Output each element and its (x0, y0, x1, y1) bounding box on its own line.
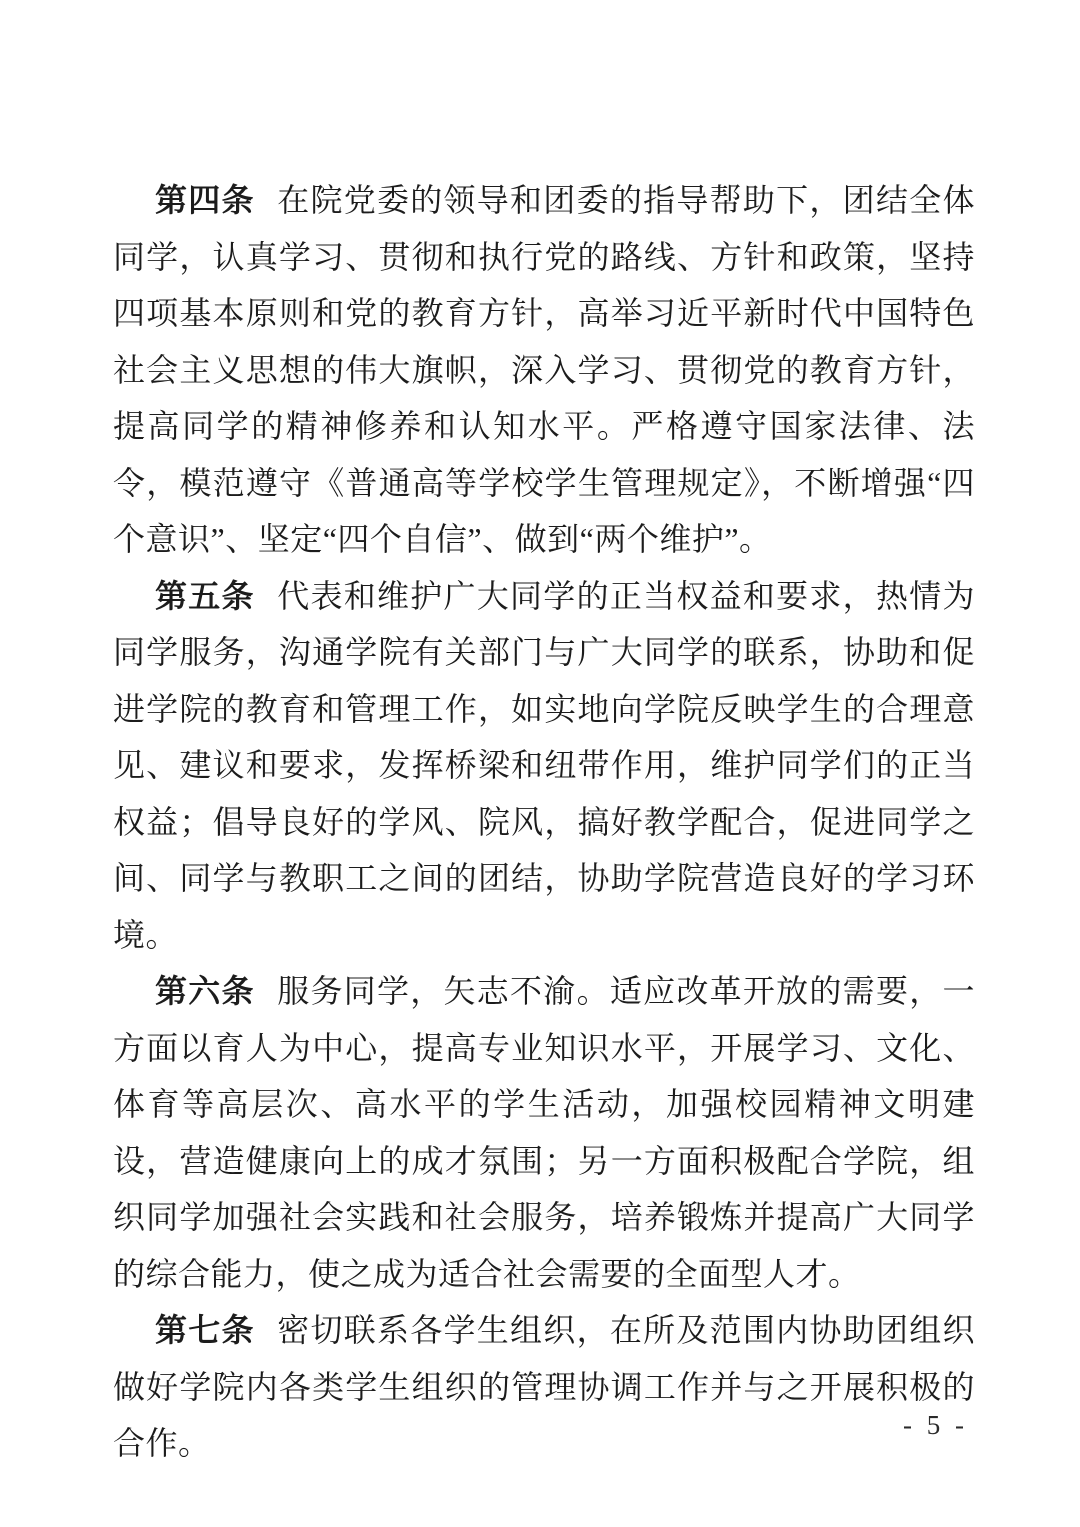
document-body: 第四条在院党委的领导和团委的指导帮助下，团结全体同学，认真学习、贯彻和执行党的路… (113, 172, 975, 1472)
page-number: - 5 - (903, 1410, 968, 1441)
article-5-heading: 第五条 (155, 578, 255, 614)
article-6-heading: 第六条 (155, 973, 255, 1009)
article-4-paragraph: 第四条在院党委的领导和团委的指导帮助下，团结全体同学，认真学习、贯彻和执行党的路… (113, 172, 975, 568)
article-5-paragraph: 第五条代表和维护广大同学的正当权益和要求，热情为同学服务，沟通学院有关部门与广大… (113, 568, 975, 964)
article-6-text: 服务同学，矢志不渝。适应改革开放的需要，一方面以育人为中心，提高专业知识水平，开… (113, 973, 975, 1292)
article-4-text: 在院党委的领导和团委的指导帮助下，团结全体同学，认真学习、贯彻和执行党的路线、方… (113, 182, 975, 557)
article-7-paragraph: 第七条密切联系各学生组织，在所及范围内协助团组织做好学院内各类学生组织的管理协调… (113, 1302, 975, 1472)
article-7-heading: 第七条 (155, 1312, 255, 1348)
article-6-paragraph: 第六条服务同学，矢志不渝。适应改革开放的需要，一方面以育人为中心，提高专业知识水… (113, 963, 975, 1302)
article-5-text: 代表和维护广大同学的正当权益和要求，热情为同学服务，沟通学院有关部门与广大同学的… (113, 578, 975, 953)
document-page: 第四条在院党委的领导和团委的指导帮助下，团结全体同学，认真学习、贯彻和执行党的路… (0, 0, 1080, 1527)
article-4-heading: 第四条 (155, 182, 255, 218)
